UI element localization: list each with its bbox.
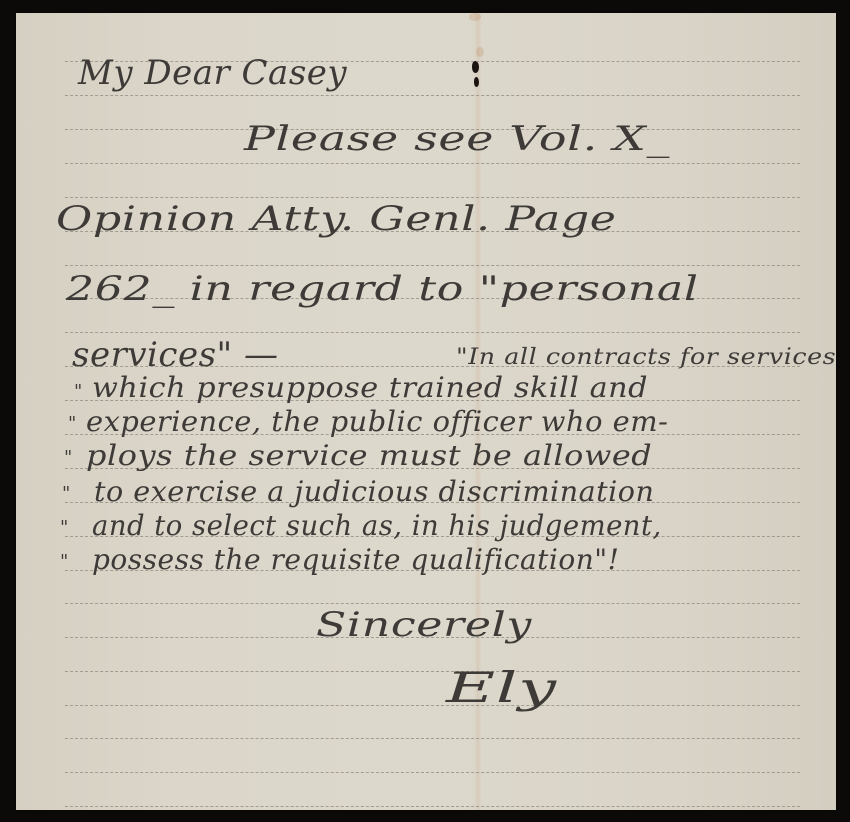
letter-line: Please see Vol. X_ bbox=[244, 119, 670, 159]
quote-mark: " bbox=[68, 413, 76, 434]
letter-line: experience, the public officer who em- bbox=[86, 405, 668, 438]
paper-stain bbox=[476, 47, 484, 57]
ink-blot bbox=[472, 61, 479, 73]
ink-blot bbox=[474, 77, 479, 87]
letter-line: to exercise a judicious discrimination bbox=[94, 475, 654, 508]
quote-mark: " bbox=[74, 381, 82, 402]
ruled-line bbox=[65, 265, 800, 266]
ruled-line bbox=[65, 738, 800, 739]
letter-line: 262_ in regard to "personal bbox=[66, 269, 699, 309]
ruled-line bbox=[65, 772, 800, 773]
letter-line: "In all contracts for services bbox=[456, 345, 836, 370]
quote-mark: " bbox=[60, 551, 68, 572]
letter-line: ploys the service must be allowed bbox=[86, 439, 652, 472]
ruled-line bbox=[65, 197, 800, 198]
letter-line: which presuppose trained skill and bbox=[92, 371, 648, 404]
closing: Sincerely bbox=[316, 605, 532, 645]
letter-paper: My Dear Casey Please see Vol. X_ Opinion… bbox=[16, 13, 836, 810]
quote-mark: " bbox=[62, 483, 70, 504]
letter-line: services" — bbox=[72, 335, 278, 375]
ruled-line bbox=[65, 603, 800, 604]
signature: Ely bbox=[446, 663, 557, 712]
ruled-line bbox=[65, 671, 800, 672]
ruled-line bbox=[65, 806, 800, 807]
ruled-line bbox=[65, 332, 800, 333]
ruled-line bbox=[65, 95, 800, 96]
letter-line: possess the requisite qualification"! bbox=[92, 543, 619, 576]
quote-mark: " bbox=[64, 447, 72, 468]
paper-stain bbox=[469, 13, 481, 21]
quote-mark: " bbox=[60, 517, 68, 538]
salutation: My Dear Casey bbox=[78, 53, 347, 93]
ruled-line bbox=[65, 705, 800, 706]
ruled-line bbox=[65, 163, 800, 164]
letter-line: Opinion Atty. Genl. Page bbox=[56, 199, 617, 239]
letter-line: and to select such as, in his judgement, bbox=[92, 509, 662, 542]
